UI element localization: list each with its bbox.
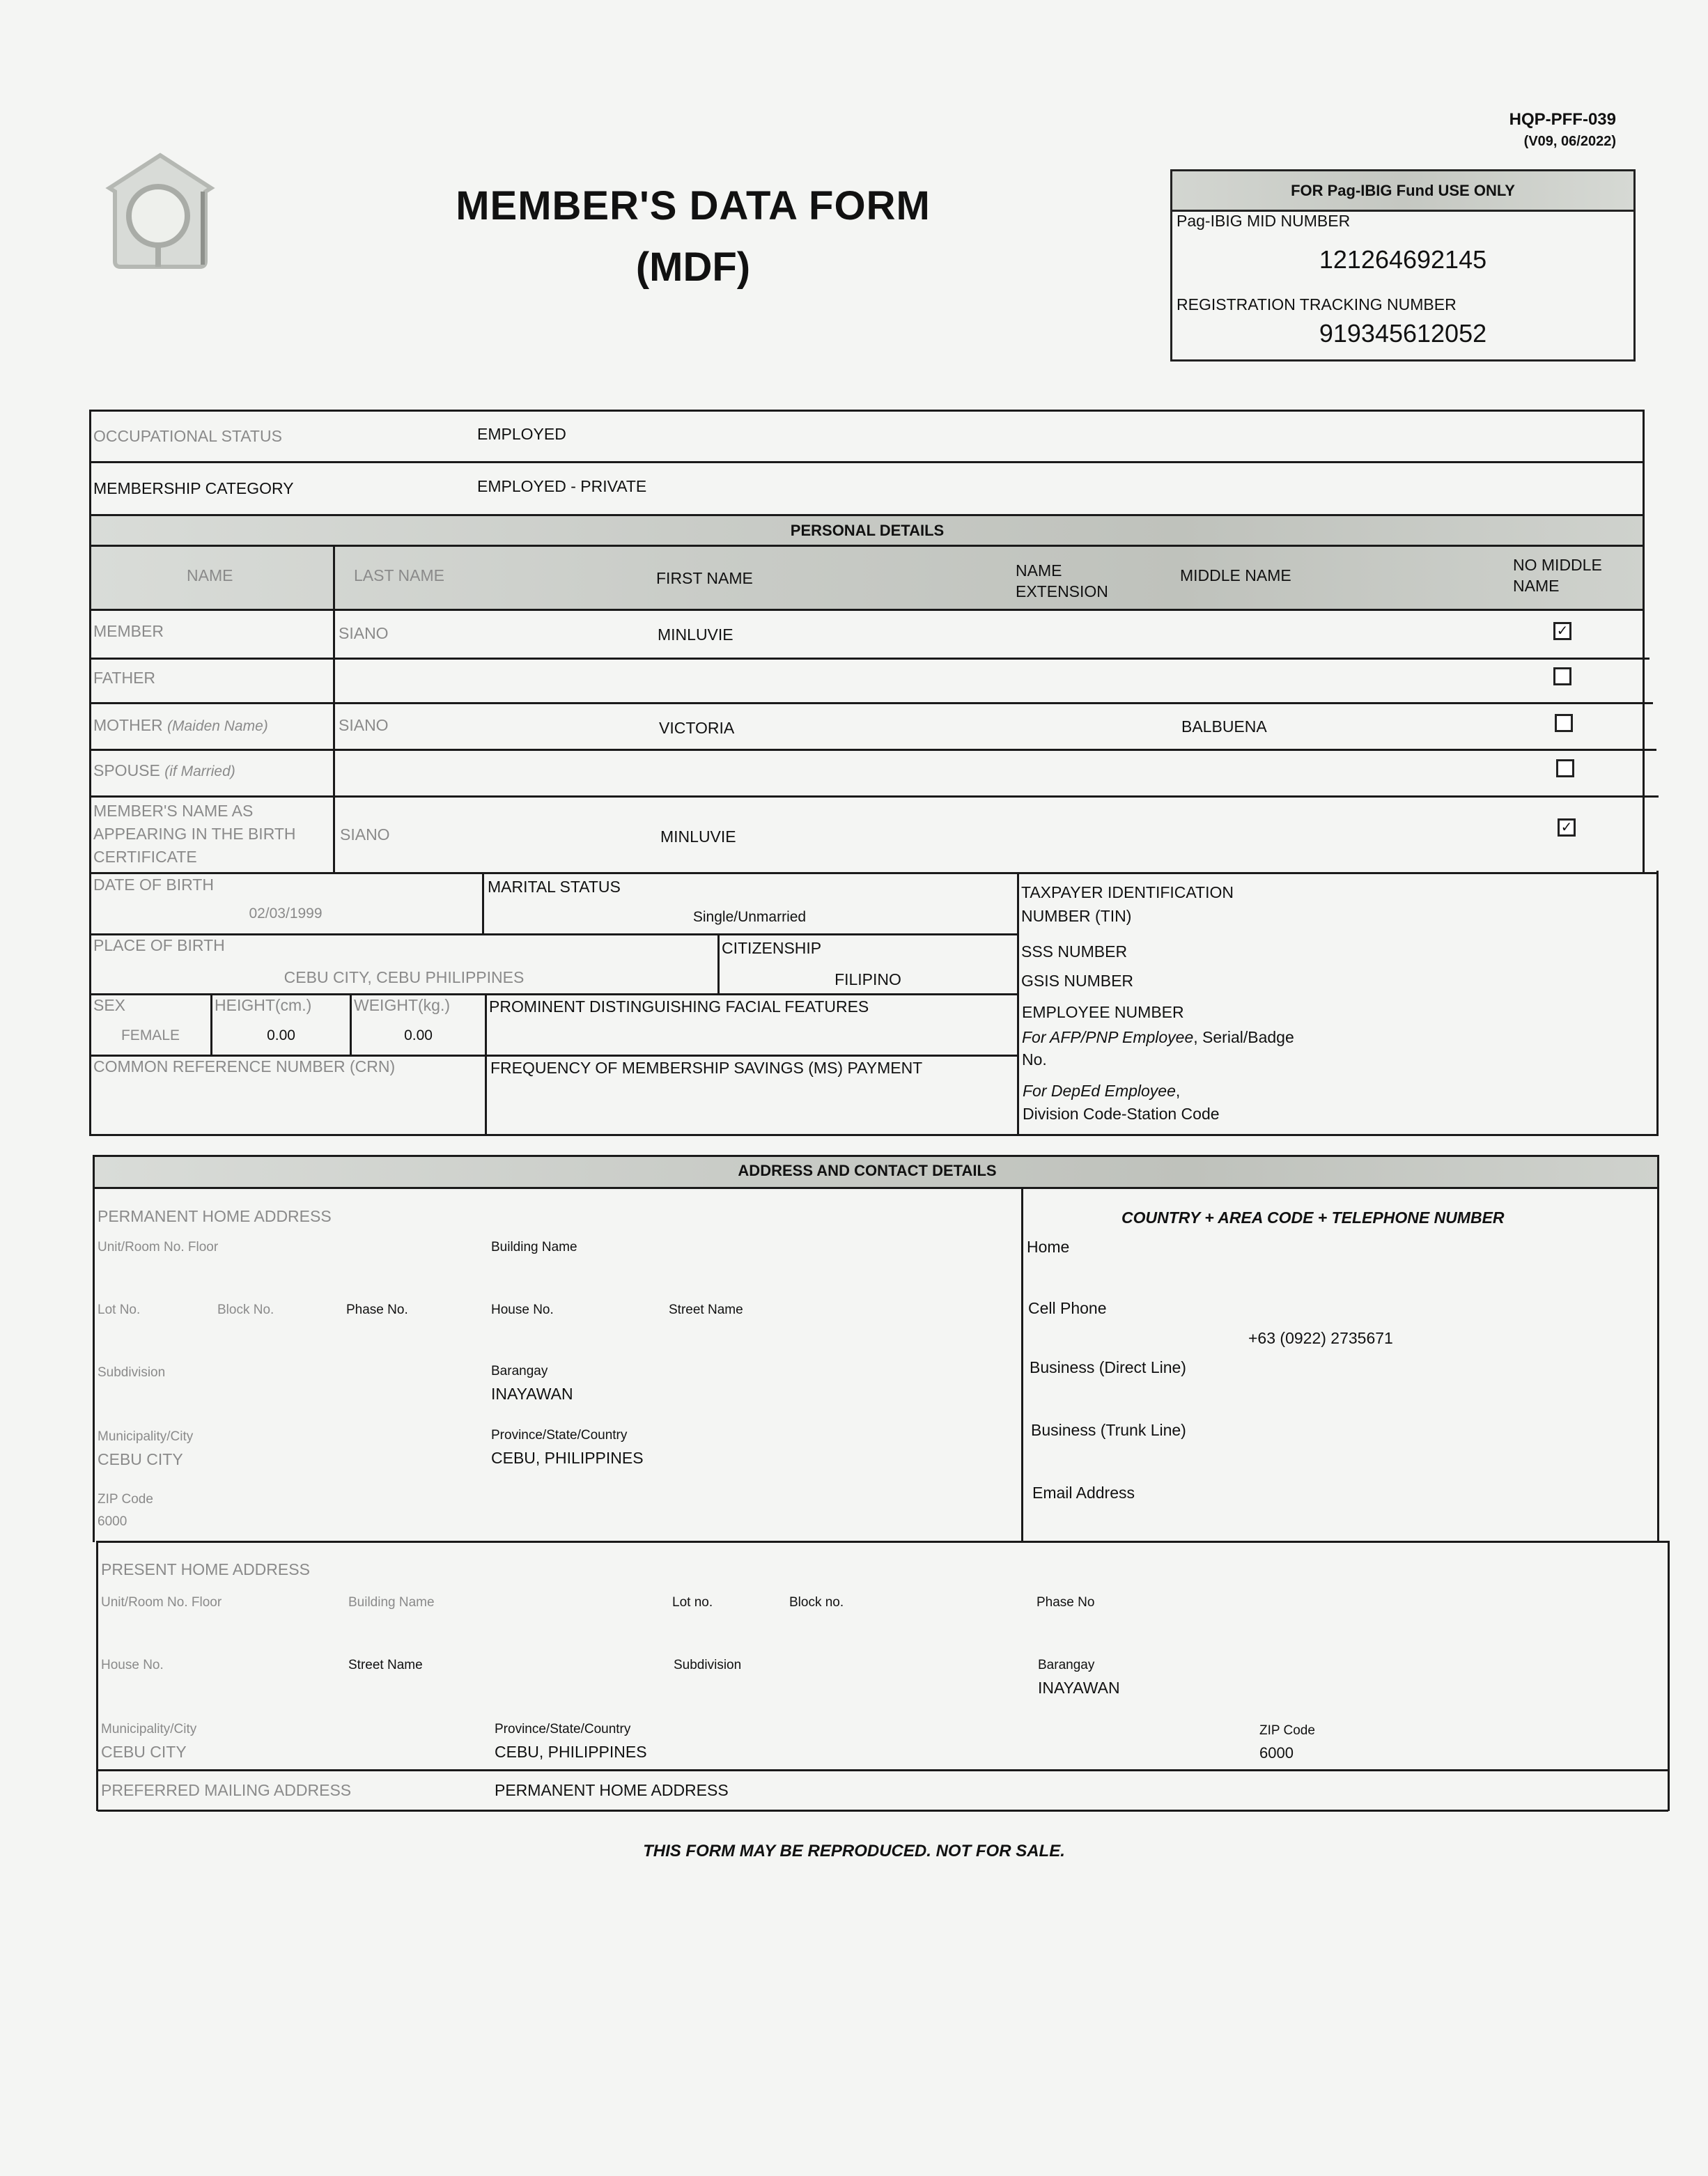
phone-format-heading: COUNTRY + AREA CODE + TELEPHONE NUMBER [1121,1209,1505,1227]
perm-barangay-value: INAYAWAN [491,1385,573,1404]
mid-number-label: Pag-IBIG MID NUMBER [1177,212,1350,231]
weight-label: WEIGHT(kg.) [354,996,450,1015]
pres-block-label: Block no. [789,1595,844,1610]
address-section-title: ADDRESS AND CONTACT DETAILS [0,1162,1708,1180]
deped-label-rest: , [1176,1082,1180,1100]
preferred-mailing-value: PERMANENT HOME ADDRESS [495,1781,729,1800]
pres-street-label: Street Name [348,1658,423,1673]
permanent-address-title: PERMANENT HOME ADDRESS [98,1207,332,1226]
pres-phase-label: Phase No [1037,1595,1094,1610]
dob-label: DATE OF BIRTH [93,876,214,894]
pres-province-value: CEBU, PHILIPPINES [495,1743,647,1762]
pres-subdivision-label: Subdivision [674,1658,741,1673]
email-label: Email Address [1032,1484,1135,1502]
ms-frequency-label: FREQUENCY OF MEMBERSHIP SAVINGS (MS) PAY… [490,1059,922,1078]
form-version: (V09, 06/2022) [1463,134,1616,150]
reproduction-notice: THIS FORM MAY BE REPRODUCED. NOT FOR SAL… [0,1842,1708,1861]
sex-value: FEMALE [91,1027,210,1044]
preferred-mailing-label: PREFERRED MAILING ADDRESS [101,1781,351,1800]
first-name-value: MINLUVIE [658,625,733,644]
perm-house-label: House No. [491,1303,554,1318]
row-label-note: (if Married) [164,763,235,779]
membership-category-value: EMPLOYED - PRIVATE [477,477,646,496]
form-subtitle: (MDF) [320,244,1066,290]
perm-building-label: Building Name [491,1240,577,1255]
deped-label: For DepEd Employee, [1023,1082,1180,1101]
perm-street-label: Street Name [669,1303,743,1318]
gsis-label: GSIS NUMBER [1021,972,1133,990]
dob-value: 02/03/1999 [91,906,481,922]
pob-label: PLACE OF BIRTH [93,936,225,955]
business-direct-label: Business (Direct Line) [1030,1358,1186,1377]
cell-phone-value: +63 (0922) 2735671 [1248,1329,1393,1348]
perm-subdivision-label: Subdivision [98,1365,165,1381]
no-middle-name-checkbox[interactable] [1556,759,1574,777]
perm-zip-label: ZIP Code [98,1492,153,1507]
name-columns-header-band [91,545,1644,609]
rtn-label: REGISTRATION TRACKING NUMBER [1177,295,1457,314]
no-middle-name-checkbox[interactable] [1555,714,1573,732]
height-label: HEIGHT(cm.) [215,996,311,1015]
crn-label: COMMON REFERENCE NUMBER (CRN) [93,1057,395,1076]
pag-ibig-house-logo-icon [101,150,219,272]
first-name-value: VICTORIA [659,719,734,738]
pres-lot-label: Lot no. [672,1595,713,1610]
pres-building-label: Building Name [348,1595,435,1610]
occupational-status-label: OCCUPATIONAL STATUS [93,427,282,446]
no-middle-name-checkbox[interactable]: ✓ [1553,622,1571,640]
col-name: NAME [187,566,233,585]
no-middle-name-checkbox[interactable] [1553,667,1571,685]
pres-unit-label: Unit/Room No. Floor [101,1595,222,1610]
marital-status-value: Single/Unmarried [485,909,1014,926]
row-label-main: MOTHER [93,716,163,734]
perm-barangay-label: Barangay [491,1364,548,1379]
row-label: FATHER [93,669,155,687]
afp-pnp-label-italic: For AFP/PNP Employee [1022,1028,1193,1046]
present-address-title: PRESENT HOME ADDRESS [101,1560,310,1579]
checkmark-icon: ✓ [1561,820,1573,835]
pob-value: CEBU CITY, CEBU PHILIPPINES [91,968,717,987]
afp-pnp-label-rest: , Serial/Badge [1193,1028,1294,1046]
form-code: HQP-PFF-039 [1463,110,1616,130]
col-middle-name: MIDDLE NAME [1180,566,1291,585]
sss-label: SSS NUMBER [1021,942,1127,961]
perm-unit-label: Unit/Room No. Floor [98,1240,218,1255]
no-middle-name-checkbox[interactable]: ✓ [1558,818,1576,837]
form-title: MEMBER'S DATA FORM [320,182,1066,229]
perm-city-label: Municipality/City [98,1429,193,1445]
col-first-name: FIRST NAME [656,569,753,588]
first-name-value: MINLUVIE [660,827,736,846]
home-phone-label: Home [1027,1238,1069,1257]
perm-zip-value: 6000 [98,1514,127,1530]
fund-use-heading: FOR Pag-IBIG Fund USE ONLY [1172,171,1633,212]
occupational-status-value: EMPLOYED [477,425,566,444]
row-label: SPOUSE (if Married) [93,761,235,780]
cell-phone-label: Cell Phone [1028,1299,1107,1318]
col-name-extension: NAME EXTENSION [1016,560,1134,602]
citizenship-value: FILIPINO [720,970,1016,989]
col-last-name: LAST NAME [354,566,444,585]
tin-label-line1: TAXPAYER IDENTIFICATION [1021,883,1234,902]
weight-value: 0.00 [352,1027,485,1044]
pres-city-value: CEBU CITY [101,1743,187,1762]
row-label-main: SPOUSE [93,761,160,779]
citizenship-label: CITIZENSHIP [722,939,821,958]
facial-features-label: PROMINENT DISTINGUISHING FACIAL FEATURES [489,997,869,1016]
perm-city-value: CEBU CITY [98,1450,183,1469]
business-trunk-label: Business (Trunk Line) [1031,1421,1186,1440]
row-label: MEMBER [93,622,164,641]
personal-details-title: PERSONAL DETAILS [0,522,1708,540]
sex-label: SEX [93,996,125,1015]
pres-barangay-label: Barangay [1038,1658,1094,1673]
last-name-value: SIANO [339,624,389,643]
rtn-value: 919345612052 [1172,319,1633,348]
pres-zip-value: 6000 [1259,1744,1294,1762]
mid-number-value: 121264692145 [1172,245,1633,274]
pres-house-label: House No. [101,1658,164,1673]
pres-province-label: Province/State/Country [495,1722,630,1737]
pres-zip-label: ZIP Code [1259,1723,1315,1739]
afp-pnp-label: For AFP/PNP Employee, Serial/Badge [1022,1028,1294,1047]
tin-label-line2: NUMBER (TIN) [1021,907,1131,926]
deped-label-line2: Division Code-Station Code [1023,1105,1220,1124]
last-name-value: SIANO [340,825,390,844]
perm-lot-label: Lot No. [98,1303,140,1318]
middle-name-value: BALBUENA [1181,717,1267,736]
row-label: MOTHER (Maiden Name) [93,716,268,735]
last-name-value: SIANO [339,716,389,735]
perm-block-label: Block No. [217,1303,274,1318]
perm-province-value: CEBU, PHILIPPINES [491,1449,644,1468]
checkmark-icon: ✓ [1557,623,1569,639]
perm-phase-label: Phase No. [346,1303,408,1318]
row-label: MEMBER'S NAME AS APPEARING IN THE BIRTH … [93,800,330,869]
pres-barangay-value: INAYAWAN [1038,1679,1120,1697]
perm-province-label: Province/State/Country [491,1428,627,1443]
row-label-note: (Maiden Name) [167,718,268,734]
fund-use-only-box: FOR Pag-IBIG Fund USE ONLY Pag-IBIG MID … [1170,169,1636,362]
deped-label-italic: For DepEd Employee [1023,1082,1176,1100]
height-value: 0.00 [212,1027,350,1044]
pres-city-label: Municipality/City [101,1722,196,1737]
membership-category-label: MEMBERSHIP CATEGORY [93,479,294,498]
employee-number-label: EMPLOYEE NUMBER [1022,1003,1184,1022]
afp-pnp-label-line2: No. [1022,1050,1047,1069]
col-no-middle-name: NO MIDDLE NAME [1513,554,1617,596]
marital-status-label: MARITAL STATUS [488,878,621,896]
